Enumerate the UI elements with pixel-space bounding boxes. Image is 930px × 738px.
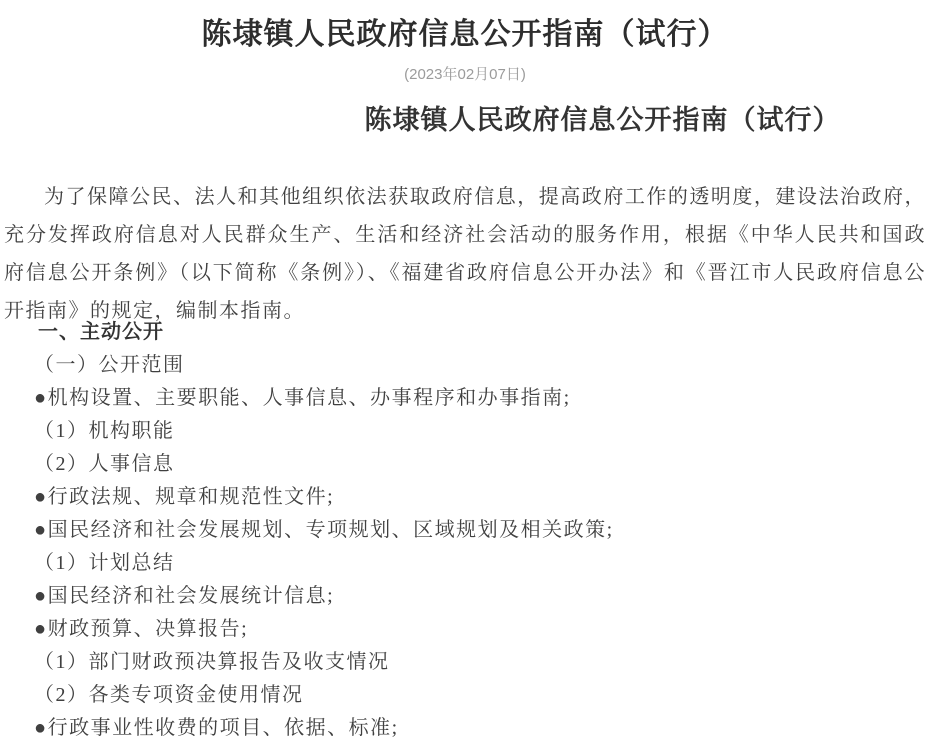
list-item-budget-reports: ●财政预算、决算报告; — [4, 613, 930, 646]
article-page: 陈埭镇人民政府信息公开指南（试行） (2023年02月07日) 陈埭镇人民政府信… — [0, 0, 930, 738]
list-item-statistics-info: ●国民经济和社会发展统计信息; — [4, 580, 930, 613]
list-item-org-setup: ●机构设置、主要职能、人事信息、办事程序和办事指南; — [4, 382, 930, 415]
list-item-admin-fees: ●行政事业性收费的项目、依据、标准; — [4, 712, 930, 738]
list-item-personnel-info: （2）人事信息 — [4, 448, 930, 481]
list-item-dept-budget-detail: （1）部门财政预决算报告及收支情况 — [4, 646, 930, 679]
list-item-development-plans: ●国民经济和社会发展规划、专项规划、区域规划及相关政策; — [4, 514, 930, 547]
list-item-disclosure-scope: （一）公开范围 — [4, 349, 930, 382]
list-item-org-functions: （1）机构职能 — [4, 415, 930, 448]
article-title: 陈埭镇人民政府信息公开指南（试行） — [0, 100, 930, 140]
list-item-regulations: ●行政法规、规章和规范性文件; — [4, 481, 930, 514]
list-item-plan-summary: （1）计划总结 — [4, 547, 930, 580]
section-heading-active-disclosure: 一、主动公开 — [4, 316, 930, 349]
list-item-special-funds: （2）各类专项资金使用情况 — [4, 679, 930, 712]
publish-date: (2023年02月07日) — [0, 64, 930, 86]
page-title: 陈埭镇人民政府信息公开指南（试行） — [0, 14, 930, 56]
intro-paragraph: 为了保障公民、法人和其他组织依法获取政府信息，提高政府工作的透明度，建设法治政府… — [4, 178, 926, 330]
